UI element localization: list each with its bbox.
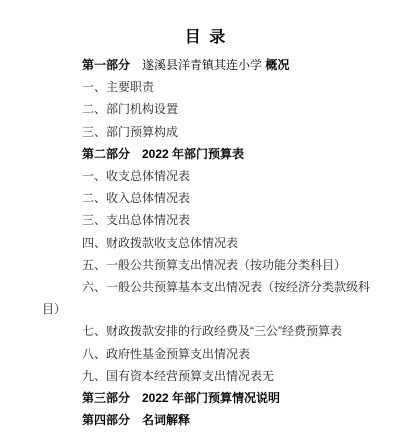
- text-run: 三、部门预算构成: [82, 125, 178, 139]
- toc-section-heading: 第四部分 名词解释: [42, 409, 370, 431]
- toc-item: 一、收支总体情况表: [42, 165, 370, 187]
- document-page: 目 录 第一部分 遂溪县洋青镇其连小学 概况一、主要职责二、部门机构设置三、部门…: [0, 0, 410, 434]
- page-title: 目 录: [42, 26, 370, 50]
- text-run: 第四部分 名词解释: [82, 413, 190, 427]
- toc-item: 一、主要职责: [42, 76, 370, 98]
- text-run: 三、支出总体情况表: [82, 213, 190, 227]
- text-run: 第三部分 2022 年部门预算情况说明: [82, 391, 280, 405]
- text-run: 一、主要职责: [82, 80, 154, 94]
- toc-item: 二、收入总体情况表: [42, 187, 370, 209]
- text-run: 二、部门机构设置: [82, 102, 178, 116]
- page: { "colors": { "background": "#ffffff", "…: [0, 0, 410, 434]
- text-run: 九、国有资本经营预算支出情况表无: [82, 369, 274, 383]
- text-run: 六、一般公共预算基本支出情况表（按经济分类款级科目）: [42, 280, 370, 316]
- toc-item: 四、财政拨款收支总体情况表: [42, 232, 370, 254]
- toc-item: 八、政府性基金预算支出情况表: [42, 343, 370, 365]
- toc-item: 六、一般公共预算基本支出情况表（按经济分类款级科目）: [42, 276, 370, 320]
- toc-item: 九、国有资本经营预算支出情况表无: [42, 365, 370, 387]
- text-run: 第二部分 2022 年部门预算表: [82, 147, 244, 161]
- text-run: 概况: [265, 58, 289, 72]
- toc-item: 三、部门预算构成: [42, 121, 370, 143]
- toc-item: 五、一般公共预算支出情况表（按功能分类科目）: [42, 254, 370, 276]
- toc-item: 七、财政拨款安排的行政经费及“三公”经费预算表: [42, 320, 370, 342]
- text-run: 遂溪县洋青镇其连小学: [130, 58, 265, 72]
- text-run: 八、政府性基金预算支出情况表: [82, 347, 250, 361]
- toc-list: 第一部分 遂溪县洋青镇其连小学 概况一、主要职责二、部门机构设置三、部门预算构成…: [42, 54, 370, 431]
- text-run: 七、财政拨款安排的行政经费及“三公”经费预算表: [82, 324, 342, 338]
- text-run: 四、财政拨款收支总体情况表: [82, 236, 238, 250]
- text-run: 二、收入总体情况表: [82, 191, 190, 205]
- toc-item: 二、部门机构设置: [42, 98, 370, 120]
- toc-section-heading: 第一部分 遂溪县洋青镇其连小学 概况: [42, 54, 370, 76]
- text-run: 一、收支总体情况表: [82, 169, 190, 183]
- toc-item: 三、支出总体情况表: [42, 209, 370, 231]
- toc-section-heading: 第二部分 2022 年部门预算表: [42, 143, 370, 165]
- toc-section-heading: 第三部分 2022 年部门预算情况说明: [42, 387, 370, 409]
- text-run: 五、一般公共预算支出情况表（按功能分类科目）: [82, 258, 346, 272]
- text-run: 第一部分: [82, 58, 130, 72]
